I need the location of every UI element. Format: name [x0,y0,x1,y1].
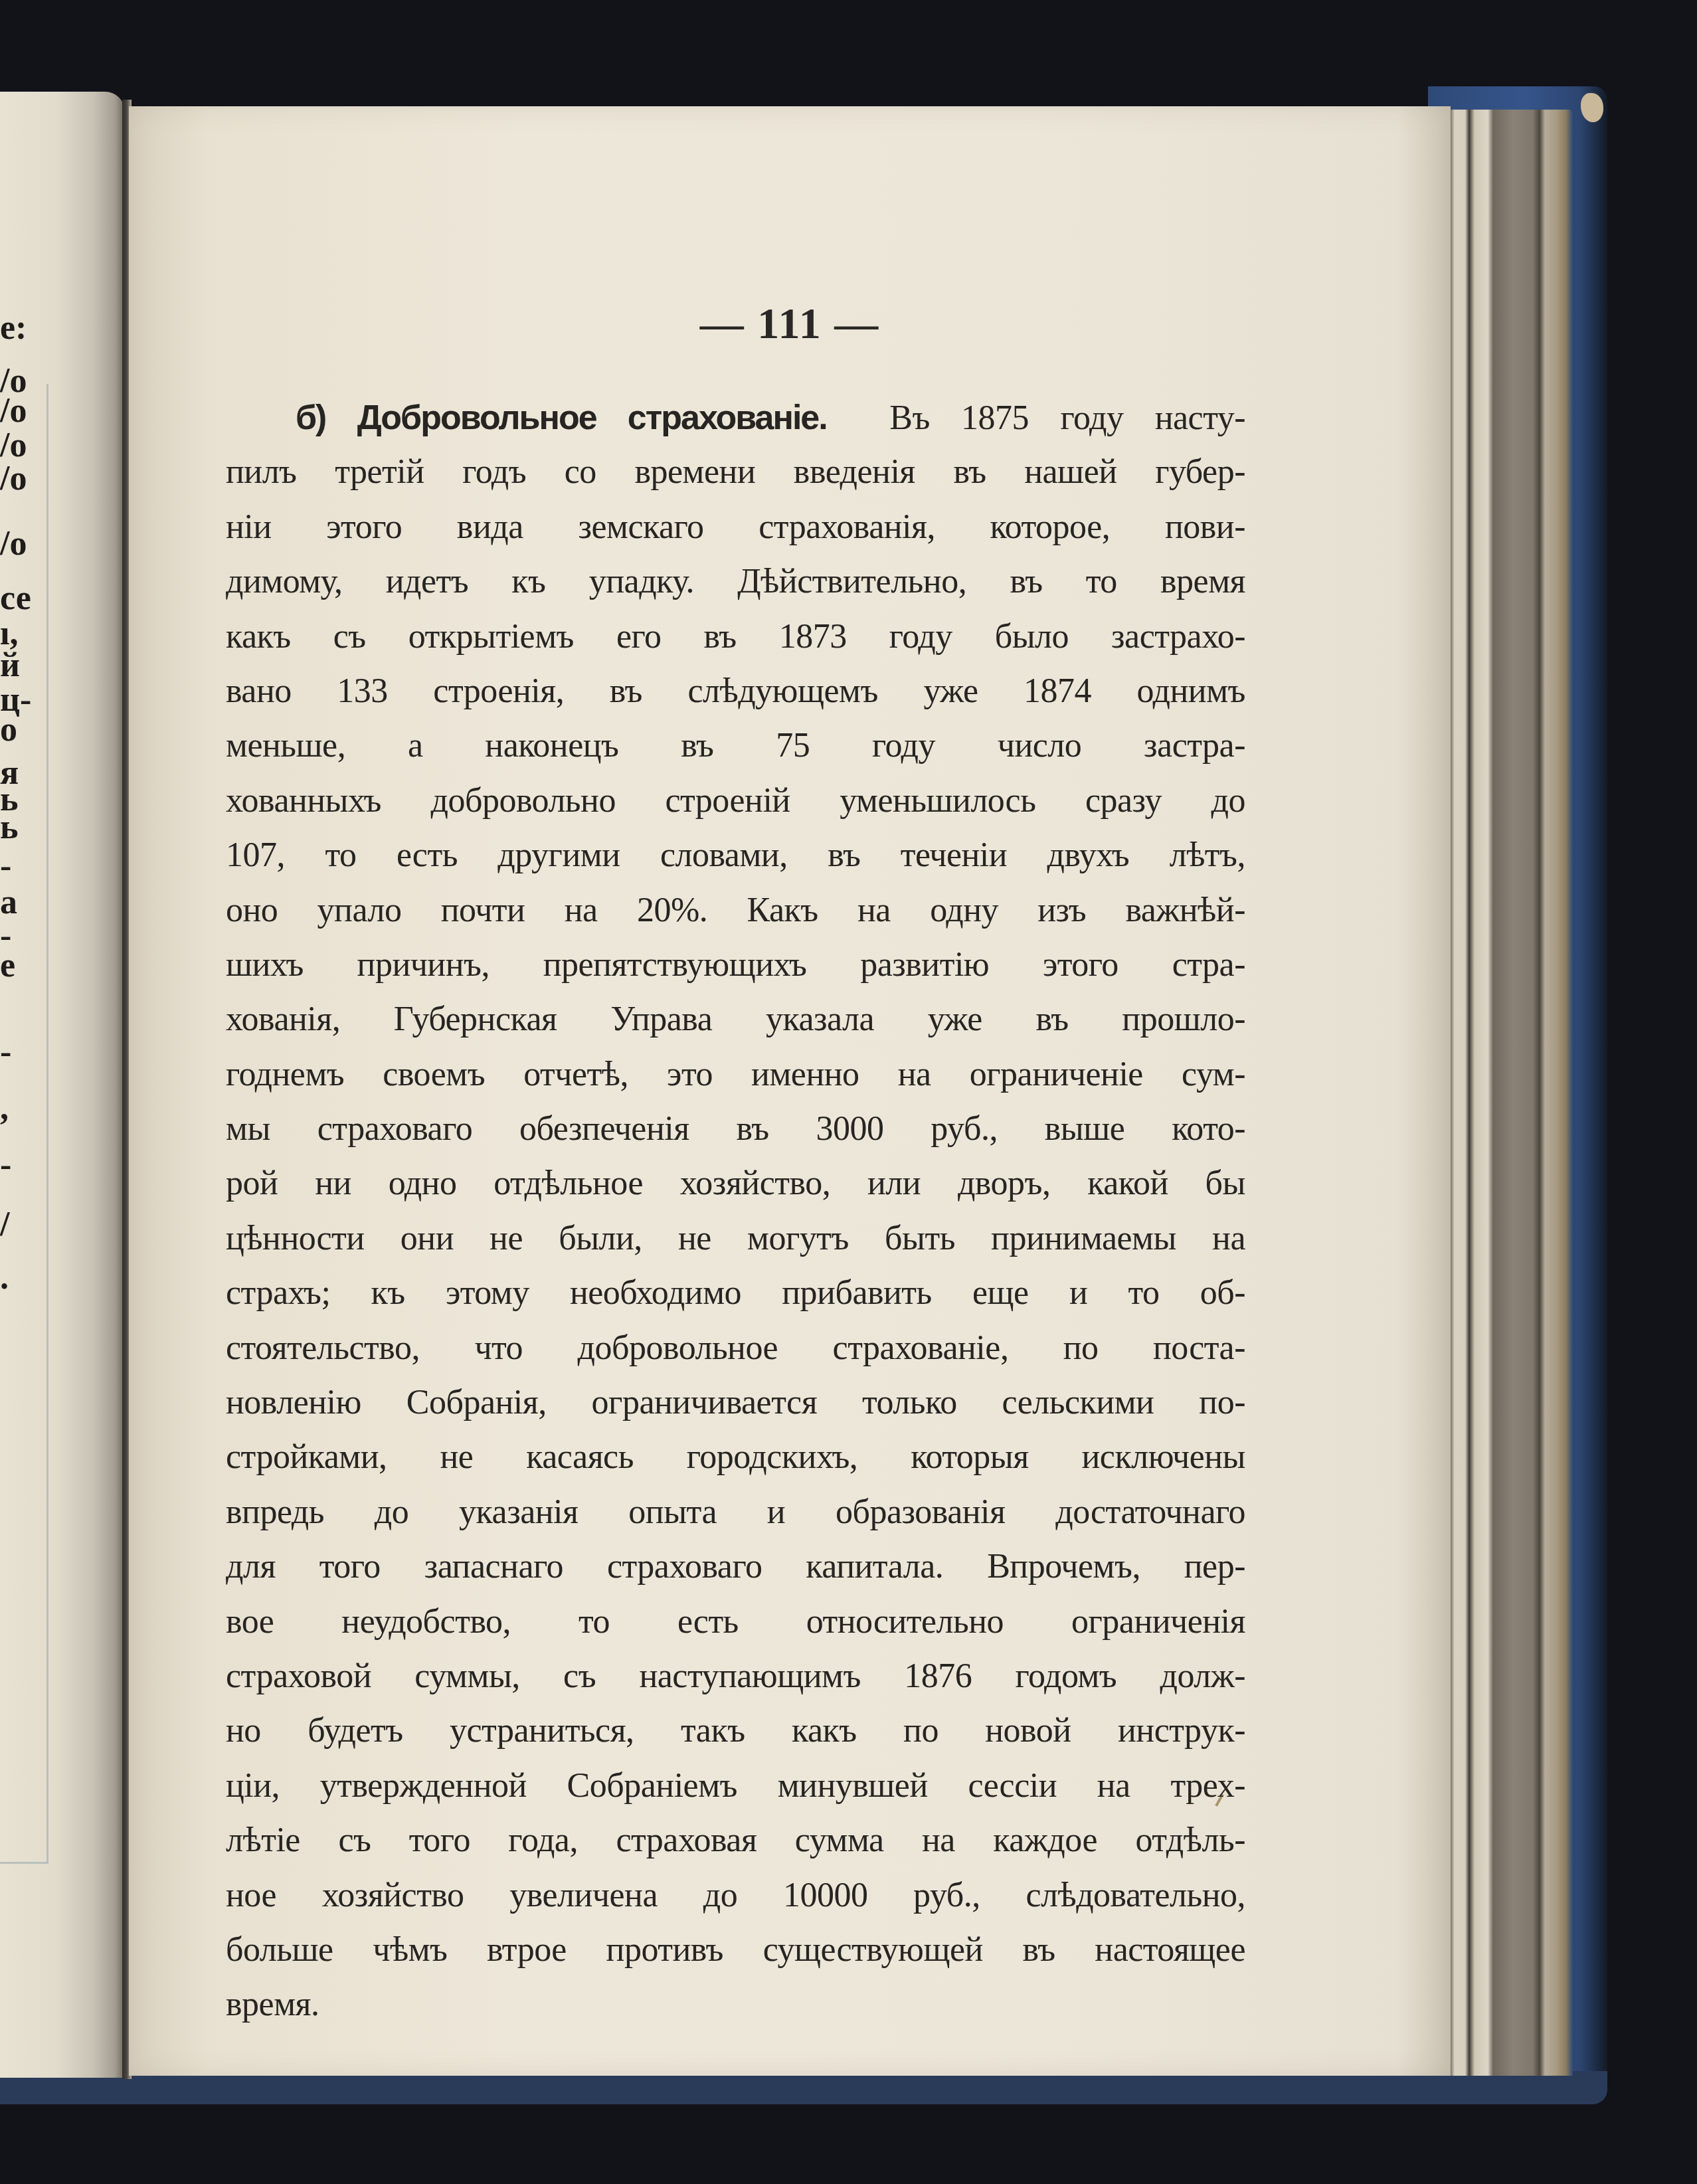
text-line: мы страховаго обезпеченія въ 3000 руб., … [226,1102,1245,1156]
text-line: хованныхъ добровольно строеній уменьшило… [226,774,1245,828]
text-line: вое неудобство, то есть относительно огр… [226,1595,1245,1649]
text-line: 107, то есть другими словами, въ теченіи… [226,828,1245,883]
section-heading: б) Добровольное страхованіе. [296,399,827,437]
right-page: — 111 — б) Добровольное страхованіе. Въ … [129,106,1451,2076]
text-line: стройками, не касаясь городскихъ, которы… [226,1430,1245,1485]
text-line: оно упало почти на 20%. Какъ на одну изъ… [226,883,1245,938]
left-page-fragment: /о [0,527,40,561]
text-line: для того запаснаго страховаго капитала. … [226,1540,1245,1594]
left-page-fragment: е: [0,311,40,345]
text-line: ніи этого вида земскаго страхованія, кот… [226,500,1245,555]
left-page-fragment: а [0,885,40,920]
left-page-fragment: - [0,1148,40,1182]
text-line: хованія, Губернская Управа указала уже в… [226,992,1245,1047]
left-page-fragment: - [0,849,40,883]
left-page: е: /о /о /о /о /о се ı, й ц- о я ь ь - а… [0,92,125,2078]
text-line: страхъ; къ этому необходимо прибавить ещ… [226,1266,1245,1320]
text-line: страховой суммы, съ наступающимъ 1876 го… [226,1649,1245,1704]
left-page-fragment: ı, [0,616,40,651]
text-line: годнемъ своемъ отчетѣ, это именно на огр… [226,1047,1245,1102]
text-line: вано 133 строенія, въ слѣдующемъ уже 187… [226,664,1245,719]
text-line: впредь до указанія опыта и образованія д… [226,1485,1245,1540]
left-page-fragment: о [0,713,40,747]
text-line: ное хозяйство увеличена до 10000 руб., с… [226,1868,1245,1923]
text-line: меньше, а наконецъ въ 75 году число заст… [226,719,1245,773]
left-page-fragment: /о [0,428,40,463]
text-line: рой ни одно отдѣльное хозяйство, или дво… [226,1156,1245,1211]
text-line: ціи, утвержденной Собраніемъ минувшей се… [226,1759,1245,1813]
book-cover-bottom [0,2071,1607,2104]
left-page-fragment: се [0,581,40,616]
left-page-fragment: ь [0,810,40,845]
text-line: время. [226,1977,1245,2032]
left-page-fragment: / [0,1208,40,1242]
body-text: б) Добровольное страхованіе. Въ 1875 год… [226,391,1245,2033]
page-edges [1440,110,1573,2076]
text-line: но будетъ устраниться, такъ какъ по ново… [226,1704,1245,1758]
left-page-fragment: /о [0,394,40,428]
text-line: стоятельство, что добровольное страхован… [226,1321,1245,1376]
text-line: б) Добровольное страхованіе. Въ 1875 год… [226,391,1245,445]
text-line: лѣтіе съ того года, страховая сумма на к… [226,1813,1245,1868]
left-page-fragment: . [0,1261,40,1295]
text-line: какъ съ открытіемъ его въ 1873 году было… [226,610,1245,664]
text-line: шихъ причинъ, препятствующихъ развитію э… [226,938,1245,992]
left-page-fragment: /о [0,462,40,496]
text-line: цѣнности они не были, не могутъ быть при… [226,1212,1245,1266]
left-page-fragment: е [0,949,40,983]
left-page-fragment: - [0,1035,40,1069]
page-number: — 111 — [129,299,1451,349]
left-page-fragment: й [0,648,40,683]
text-line: димому, идетъ къ упадку. Дѣйствительно, … [226,555,1245,609]
text-line: больше чѣмъ втрое противъ существующей в… [226,1923,1245,1977]
text-line: пилъ третій годъ со времени введенія въ … [226,445,1245,500]
cover-corner-wear [1581,93,1603,122]
text-line: новленію Собранія, ограничивается только… [226,1376,1245,1430]
left-page-fragment: , [0,1091,40,1126]
